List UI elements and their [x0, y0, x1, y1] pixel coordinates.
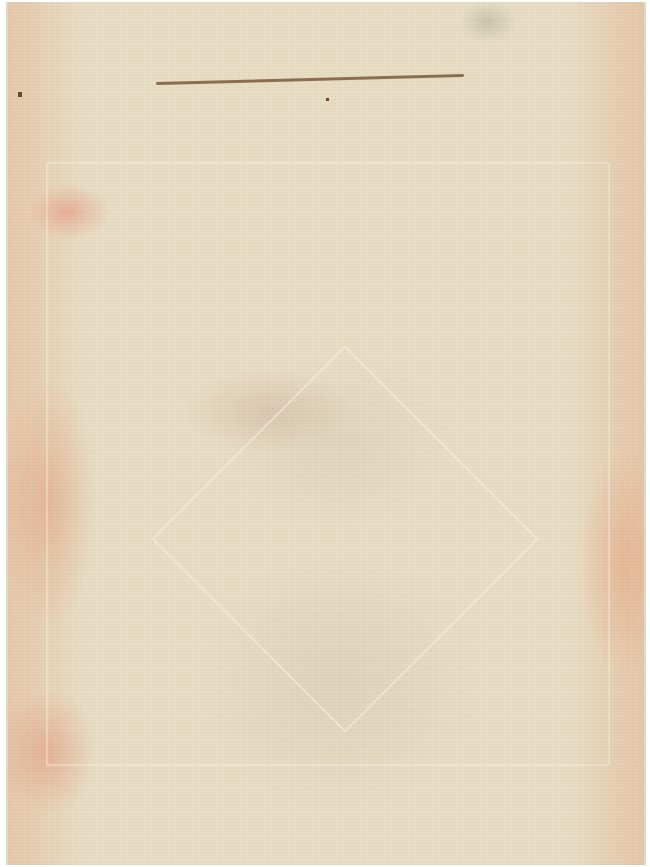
rug-stain-dot	[326, 98, 329, 101]
rug-photo	[6, 2, 646, 865]
rug-stain-dot	[18, 92, 22, 97]
